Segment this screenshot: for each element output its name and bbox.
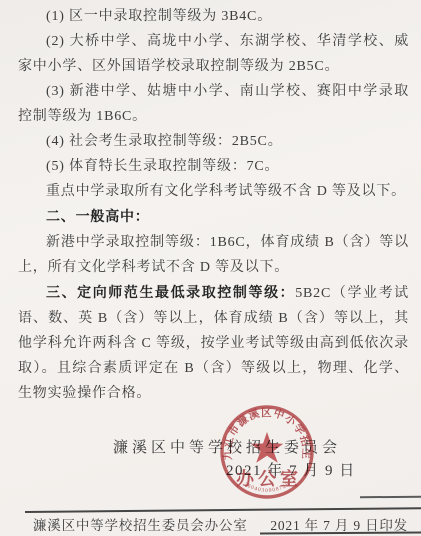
note-paragraph: 重点中学录取所有文化学科考试等级不含 D 等及以下。 — [18, 179, 409, 204]
section-3-paragraph: 三、定向师范生最低录取控制等级：5B2C（学业考试语、数、英 B（含）等以上，体… — [18, 280, 409, 406]
divider — [25, 507, 421, 513]
list-item-5: (5) 体育特长生录取控制等级：7C。 — [18, 154, 409, 179]
section-3-heading-text: 三、定向师范生最低录取控制等级： — [46, 284, 295, 300]
list-item-1: (1) 区一中录取控制等级为 3B4C。 — [18, 4, 409, 29]
list-item-2: (2) 大桥中学、高垅中小学、东湖学校、华清学校、威家中小学、区外国语学校录取控… — [18, 29, 409, 79]
section-2-heading-text: 二、一般高中： — [46, 208, 150, 224]
document-page: (1) 区一中录取控制等级为 3B4C。 (2) 大桥中学、高垅中小学、东湖学校… — [0, 0, 421, 536]
section-2-paragraph: 新港中学录取控制等级：1B6C，体育成绩 B（含）等以上，所有文化学科考试不含 … — [18, 230, 409, 280]
divider — [260, 531, 421, 534]
list-item-3: (3) 新港中学、姑塘中小学、南山学校、赛阳中学录取控制等级为 1B6C。 — [18, 79, 409, 129]
section-2-heading: 二、一般高中： — [18, 204, 409, 230]
section-3-body-text: 5B2C（学业考试语、数、英 B（含）等以上，体育成绩 B（含）等以上，其他学科… — [18, 286, 409, 401]
divider — [360, 496, 421, 498]
footer-issuer: 濂溪区中等学校招生委员会办公室 — [33, 514, 248, 534]
list-item-4: (4) 社会考生录取控制等级：2B5C。 — [18, 129, 409, 154]
official-seal-stamp: 九江市濂溪区中小学招生 办公室 3604030008728 — [212, 397, 322, 507]
star-icon — [251, 432, 283, 463]
document-body: (1) 区一中录取控制等级为 3B4C。 (2) 大桥中学、高垅中小学、东湖学校… — [18, 4, 409, 406]
